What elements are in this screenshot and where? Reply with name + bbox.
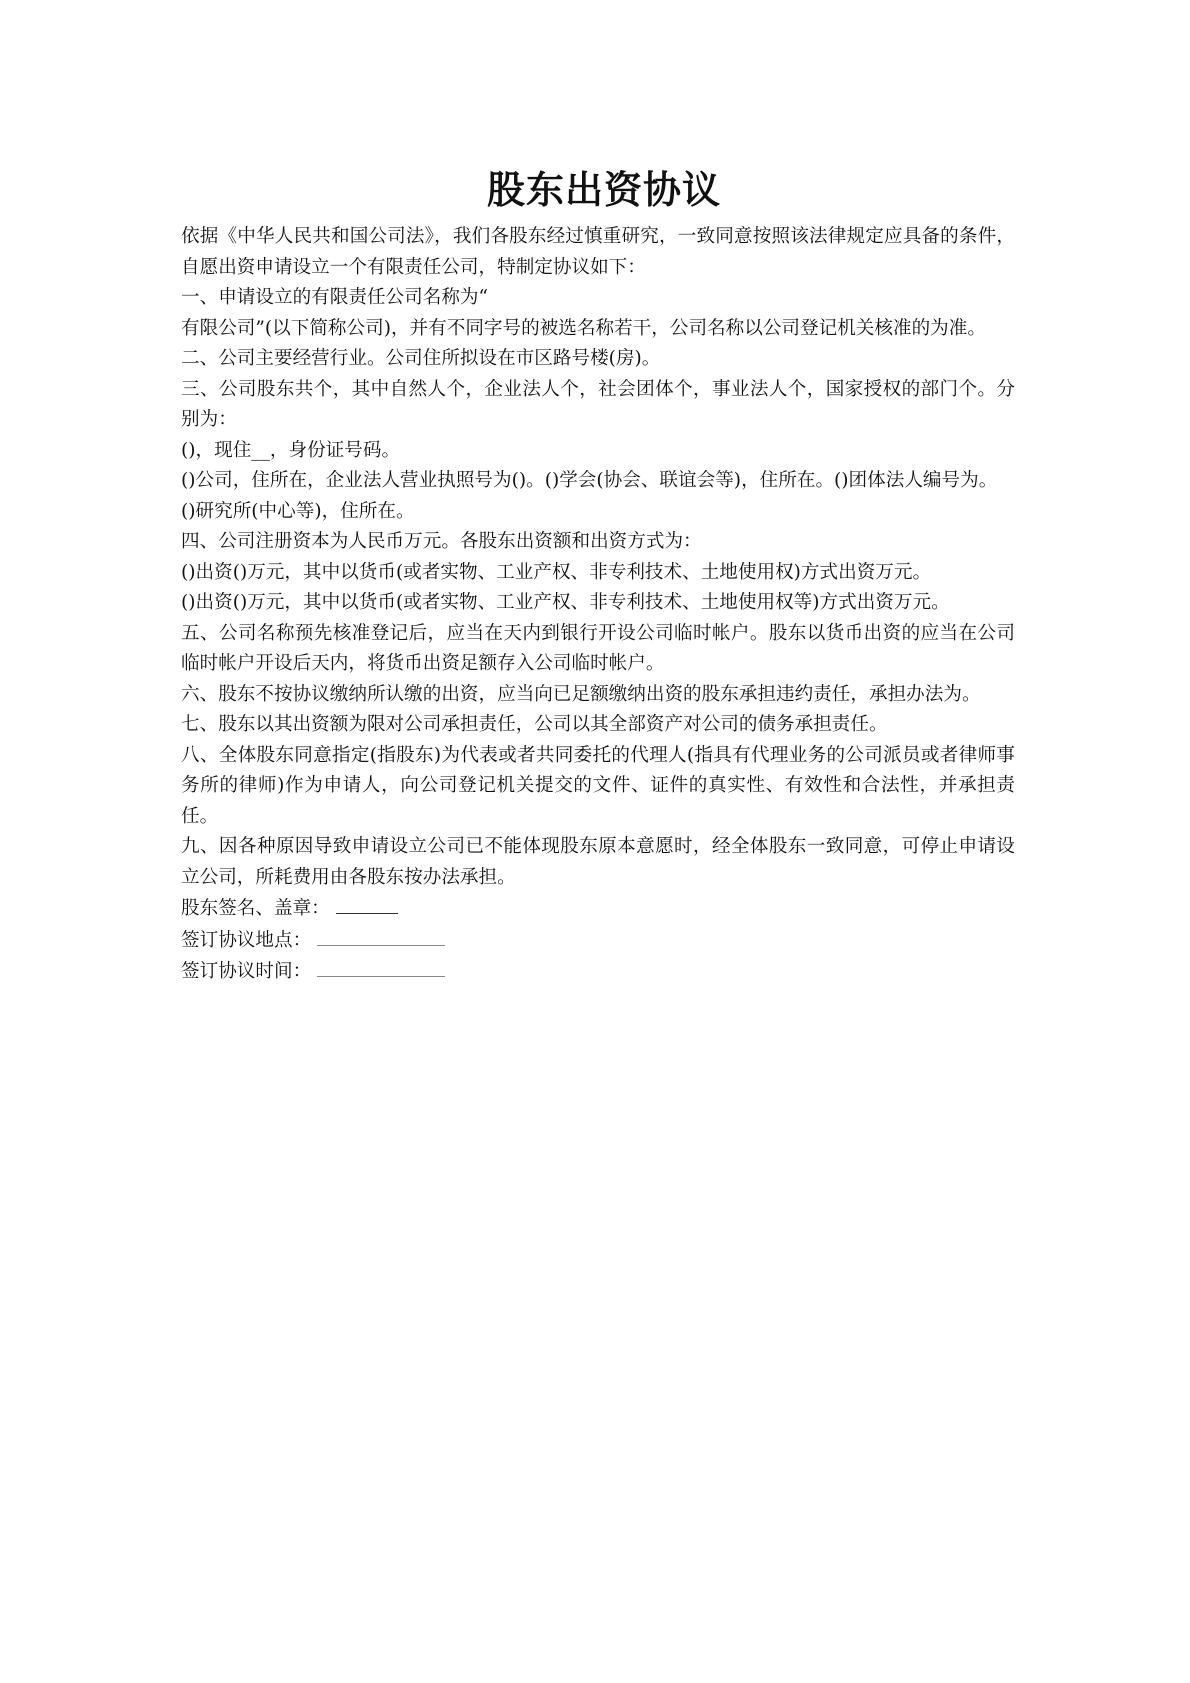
signing-place-label: 签订协议地点：	[181, 926, 311, 957]
signing-place-blank	[317, 925, 445, 946]
signing-time-line: 签订协议时间：	[181, 956, 1015, 988]
clause-2-paragraph: 二、公司主要经营行业。公司住所拟设在市区路号楼(房)。	[181, 344, 1015, 375]
clause-7-paragraph: 七、股东以其出资额为限对公司承担责任，公司以其全部资产对公司的债务承担责任。	[181, 710, 1015, 741]
contribution-item-1: ()出资()万元，其中以货币(或者实物、工业产权、非专利技术、土地使用权)方式出…	[181, 558, 1015, 589]
clause-9-paragraph: 九、因各种原因导致申请设立公司已不能体现股东原本意愿时，经全体股东一致同意，可停…	[181, 832, 1015, 893]
signing-time-blank	[317, 956, 445, 977]
document-title: 股东出资协议	[193, 160, 1015, 222]
shareholder-natural-person: ()，现住__，身份证号码。	[181, 436, 1015, 467]
clause-5-paragraph: 五、公司名称预先核准登记后，应当在天内到银行开设公司临时帐户。股东以货币出资的应…	[181, 619, 1015, 680]
preamble-paragraph: 依据《中华人民共和国公司法》，我们各股东经过慎重研究，一致同意按照该法律规定应具…	[181, 222, 1015, 283]
document-page: 股东出资协议 依据《中华人民共和国公司法》，我们各股东经过慎重研究，一致同意按照…	[181, 160, 1015, 988]
clause-4-paragraph: 四、公司注册资本为人民币万元。各股东出资额和出资方式为：	[181, 527, 1015, 558]
signature-seal-label: 股东签名、盖章：	[181, 894, 330, 925]
clause-6-paragraph: 六、股东不按协议缴纳所认缴的出资，应当向已足额缴纳出资的股东承担违约责任，承担办…	[181, 680, 1015, 711]
contribution-item-2: ()出资()万元，其中以货币(或者实物、工业产权、非专利技术、土地使用权等)方式…	[181, 588, 1015, 619]
signature-seal-blank	[336, 893, 398, 914]
clause-1-continuation: 有限公司”(以下简称公司)，并有不同字号的被选名称若干，公司名称以公司登记机关核…	[181, 314, 1015, 345]
shareholder-institute: ()研究所(中心等)，住所在。	[181, 497, 1015, 528]
clause-1-paragraph: 一、申请设立的有限责任公司名称为“	[181, 283, 1015, 314]
clause-8-paragraph: 八、全体股东同意指定(指股东)为代表或者共同委托的代理人(指具有代理业务的公司派…	[181, 741, 1015, 833]
signing-time-label: 签订协议时间：	[181, 957, 311, 988]
shareholder-company: ()公司，住所在，企业法人营业执照号为()。()学会(协会、联谊会等)，住所在。…	[181, 466, 1015, 497]
clause-3-paragraph: 三、公司股东共个，其中自然人个，企业法人个，社会团体个，事业法人个，国家授权的部…	[181, 375, 1015, 436]
signing-place-line: 签订协议地点：	[181, 925, 1015, 957]
signature-seal-line: 股东签名、盖章：	[181, 893, 1015, 925]
